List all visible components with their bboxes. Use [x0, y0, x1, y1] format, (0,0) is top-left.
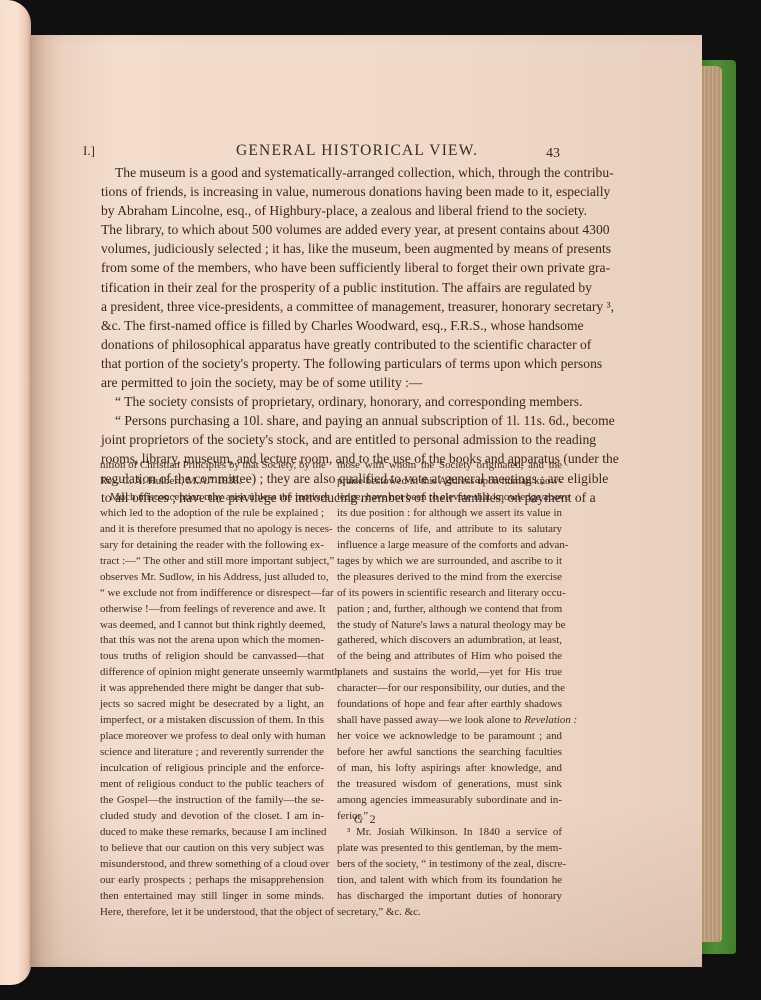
- footnote-line: those with whom the Society originated, …: [337, 458, 562, 474]
- facing-page-curl: [0, 0, 31, 985]
- footnote-line: and it is therefore presumed that no apo…: [100, 522, 324, 538]
- footnote-line: its due position : for although we asser…: [337, 506, 562, 522]
- body-line: volumes, judiciously selected ; it has, …: [101, 239, 581, 258]
- footnote-line: tages by which we are surrounded, and as…: [337, 554, 562, 570]
- page-block-fore-edge: [700, 66, 722, 942]
- footnote-line: tract :—“ The other and still more impor…: [100, 554, 324, 570]
- footnote-line: tous truths of religion should be canvas…: [100, 649, 324, 665]
- footnote-line: praise bestowed in this Address upon hum…: [337, 474, 562, 490]
- footnote-line: gathered, which discovers an adumbration…: [337, 633, 562, 649]
- footnote-line: foundations of hope and fear after earth…: [337, 697, 562, 713]
- body-line: The library, to which about 500 volumes …: [101, 220, 581, 239]
- footnote-line: was deemed, and I cannot but think right…: [100, 618, 324, 634]
- body-line: are permitted to join the society, may b…: [101, 373, 581, 392]
- footnote-line: among agencies immeasurably subordinate …: [337, 793, 562, 809]
- footnote-line: bers of the society, “ in testimony of t…: [337, 857, 562, 873]
- emphasized-word: Revelation :: [524, 714, 577, 726]
- footnote-line: inculcation of religious principle and t…: [100, 761, 324, 777]
- footnote-column-left: nition of Christian Principles by that S…: [100, 458, 324, 921]
- footnote-line: of the being and attributes of Him who p…: [337, 649, 562, 665]
- footnote-line: it was apprehended there might be danger…: [100, 681, 324, 697]
- footnote-line-with-emphasis: shall have passed away—we look alone to …: [337, 713, 562, 729]
- footnote-line: “ we exclude not from indifference or di…: [100, 586, 324, 602]
- footnote-line: the concerns of life, and attribute to i…: [337, 522, 562, 538]
- footnote-line: her voice we acknowledge to be paramount…: [337, 729, 562, 745]
- main-body-text: The museum is a good and systematically-…: [101, 163, 581, 507]
- chapter-marker: I.]: [83, 143, 95, 159]
- page-number: 43: [546, 146, 560, 162]
- footnote-line: place moreover we profess to deal only w…: [100, 729, 324, 745]
- footnote-line: character—for our responsibility, our du…: [337, 681, 562, 697]
- footnote-line: influence a large measure of the comfort…: [337, 538, 562, 554]
- footnote-line: otherwise !—from feelings of reverence a…: [100, 602, 324, 618]
- running-title: GENERAL HISTORICAL VIEW.: [236, 142, 478, 160]
- footnote-line: of man, his lofty aspirings after knowle…: [337, 761, 562, 777]
- footnote-line: the Gospel—the instruction of the family…: [100, 793, 324, 809]
- footnote-line: ledge, have not been to elevate that kno…: [337, 490, 562, 506]
- footnote-column-right: those with whom the Society originated, …: [337, 458, 562, 921]
- footnote-line: science and literature ; and reverently …: [100, 745, 324, 761]
- footnote-line: imperfect, or a mistaken discussion of t…: [100, 713, 324, 729]
- body-line: by Abraham Lincolne, esq., of Highbury-p…: [101, 201, 581, 220]
- footnote-line: nition of Christian Principles by that S…: [100, 458, 324, 474]
- body-line: from some of the members, who have been …: [101, 258, 581, 277]
- footnote-line: which led to the adoption of the rule be…: [100, 506, 324, 522]
- body-line: The museum is a good and systematically-…: [101, 163, 581, 182]
- body-line: tification in their zeal for the prosper…: [101, 278, 581, 297]
- footnote-line: before her awful sanctions the searching…: [337, 745, 562, 761]
- body-line: that portion of the society's property. …: [101, 354, 581, 373]
- body-line: &c. The first-named office is filled by …: [101, 316, 581, 335]
- footnote-line: sary for detaining the reader with the f…: [100, 538, 324, 554]
- footnote-line: the treasured wisdom of generations, mus…: [337, 777, 562, 793]
- footnote-line: secretary,” &c. &c.: [337, 905, 562, 921]
- footnote-line: duced to make these remarks, because I a…: [100, 825, 324, 841]
- running-head: I.] GENERAL HISTORICAL VIEW. 43: [83, 143, 563, 165]
- footnote-line: then entertained may still linger in som…: [100, 889, 324, 905]
- footnote-line: Rev. C. A. Hulbert, M.A.” 1838.: [100, 474, 324, 490]
- footnote-line: the pleasures derived to the mind from t…: [337, 570, 562, 586]
- footnote-line: to believe that our caution on this very…: [100, 841, 324, 857]
- footnote-line: ment of religious conduct to the public …: [100, 777, 324, 793]
- body-line: “ The society consists of proprietary, o…: [101, 392, 581, 411]
- body-line: tions of friends, is increasing in value…: [101, 182, 581, 201]
- footnote-line: ³ Mr. Josiah Wilkinson. In 1840 a servic…: [337, 825, 562, 841]
- footnote-line: tion, and talent with which from its fou…: [337, 873, 562, 889]
- footnote-line: Much misconception may arise unless the …: [100, 490, 324, 506]
- footnote-line: observes Mr. Sudlow, in his Address, jus…: [100, 570, 324, 586]
- body-line: a president, three vice-presidents, a co…: [101, 297, 581, 316]
- footnote-line: has discharged the important duties of h…: [337, 889, 562, 905]
- body-line: joint proprietors of the society's stock…: [101, 430, 581, 449]
- footnote-line: that this was not the arena upon which t…: [100, 633, 324, 649]
- footnote-line: cluded study and devotion of the closet.…: [100, 809, 324, 825]
- body-line: “ Persons purchasing a 10l. share, and p…: [101, 411, 581, 430]
- footnote-text: shall have passed away—we look alone to: [337, 714, 521, 726]
- footnote-line: plate was presented to this gentleman, b…: [337, 841, 562, 857]
- footnote-line: the study of Nature's laws a natural the…: [337, 618, 562, 634]
- body-line: donations of philosophical apparatus hav…: [101, 335, 581, 354]
- footnote-line: jects so sacred might be desecrated by a…: [100, 697, 324, 713]
- footnote-line: difference of opinion might generate uns…: [100, 665, 324, 681]
- signature-mark: G 2: [354, 812, 378, 827]
- footnote-line: our early prospects ; perhaps the misapp…: [100, 873, 324, 889]
- footnote-line: pation ; and, further, although we conte…: [337, 602, 562, 618]
- footnote-line: Here, therefore, let it be understood, t…: [100, 905, 324, 921]
- footnote-line: of its powers in scientific research and…: [337, 586, 562, 602]
- footnote-line: misunderstood, and threw something of a …: [100, 857, 324, 873]
- footnote-line: planets and sustains the world,—yet for …: [337, 665, 562, 681]
